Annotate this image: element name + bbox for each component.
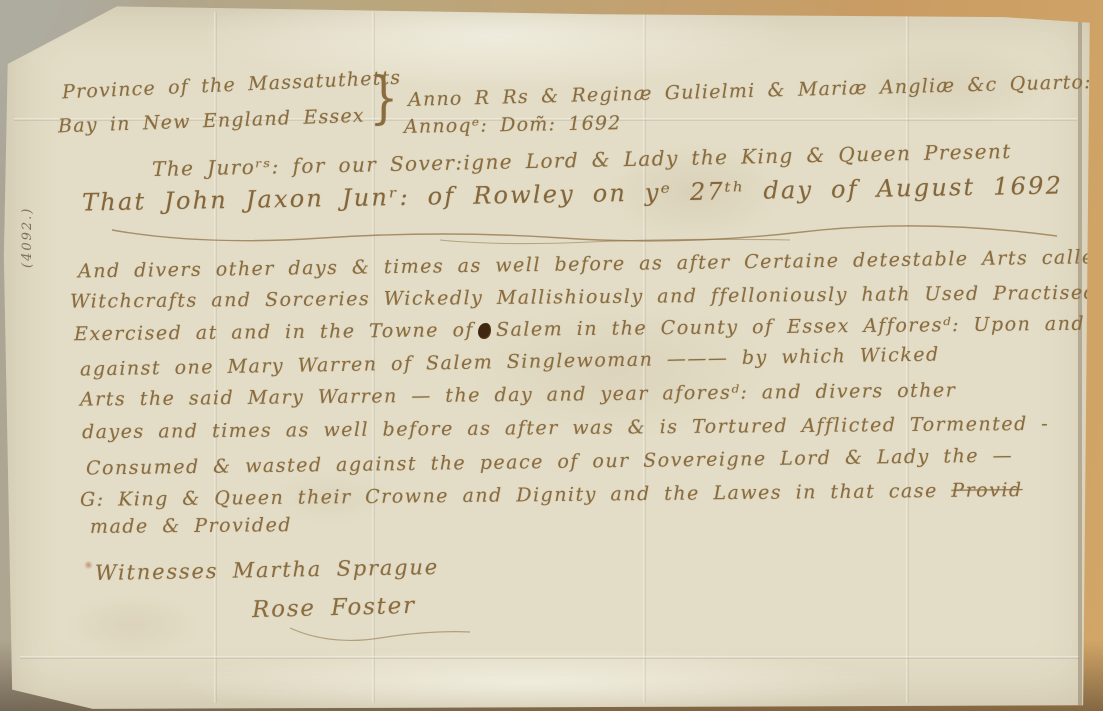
body-line-8: G: King & Queen their Crowne and Dignity… — [80, 479, 1023, 511]
body-line-3-after-blot: Salem in the County of Essex Afforesᵈ: U… — [496, 313, 1085, 341]
header-anno-line2: Annoqᵉ: Dom̃: 1692 — [404, 112, 622, 138]
body-line-3: Exercised at and in the Towne ofSalem in… — [74, 313, 1085, 346]
body-line-7: Consumed & wasted against the peace of o… — [86, 445, 1013, 480]
body-line-6: dayes and times as well before as after … — [82, 413, 1049, 443]
header-province-line2: Bay in New England Essex — [58, 105, 365, 138]
ink-blot — [478, 323, 491, 339]
body-line-1: And divers other days & times as well be… — [78, 246, 1103, 283]
signature-flourish — [280, 622, 480, 648]
header-province-line1: Province of the Massatuthetts — [62, 67, 402, 104]
flourish-underline — [110, 212, 1060, 246]
body-line-4: against one Mary Warren of Salem Singlew… — [80, 343, 940, 380]
document-photo: (4092.) Province of the Massatuthetts Ba… — [0, 0, 1103, 711]
body-line-9: made & Provided — [90, 514, 292, 538]
parchment-sheet: (4092.) Province of the Massatuthetts Ba… — [0, 0, 1103, 711]
body-line-2: Witchcrafts and Sorceries Wickedly Malli… — [70, 281, 1103, 312]
parchment-right-edge — [1078, 20, 1082, 705]
body-line-8-main: G: King & Queen their Crowne and Dignity… — [80, 480, 952, 511]
archival-number: (4092.) — [20, 207, 35, 268]
witnesses-line-2: Rose Foster — [252, 593, 417, 623]
body-line-8-struck-word: Provid — [951, 479, 1023, 502]
body-line-3-before-blot: Exercised at and in the Towne of — [74, 319, 474, 345]
fold-crease-horizontal — [20, 656, 1079, 659]
body-line-5: Arts the said Mary Warren — the day and … — [80, 379, 957, 410]
header-anno-line1: Anno R Rs & Reginæ Gulielmi & Mariæ Angl… — [408, 71, 1092, 111]
witnesses-line-1: Witnesses Martha Sprague — [95, 555, 439, 585]
header-brace: } — [370, 66, 399, 131]
ink-stain — [84, 561, 93, 569]
